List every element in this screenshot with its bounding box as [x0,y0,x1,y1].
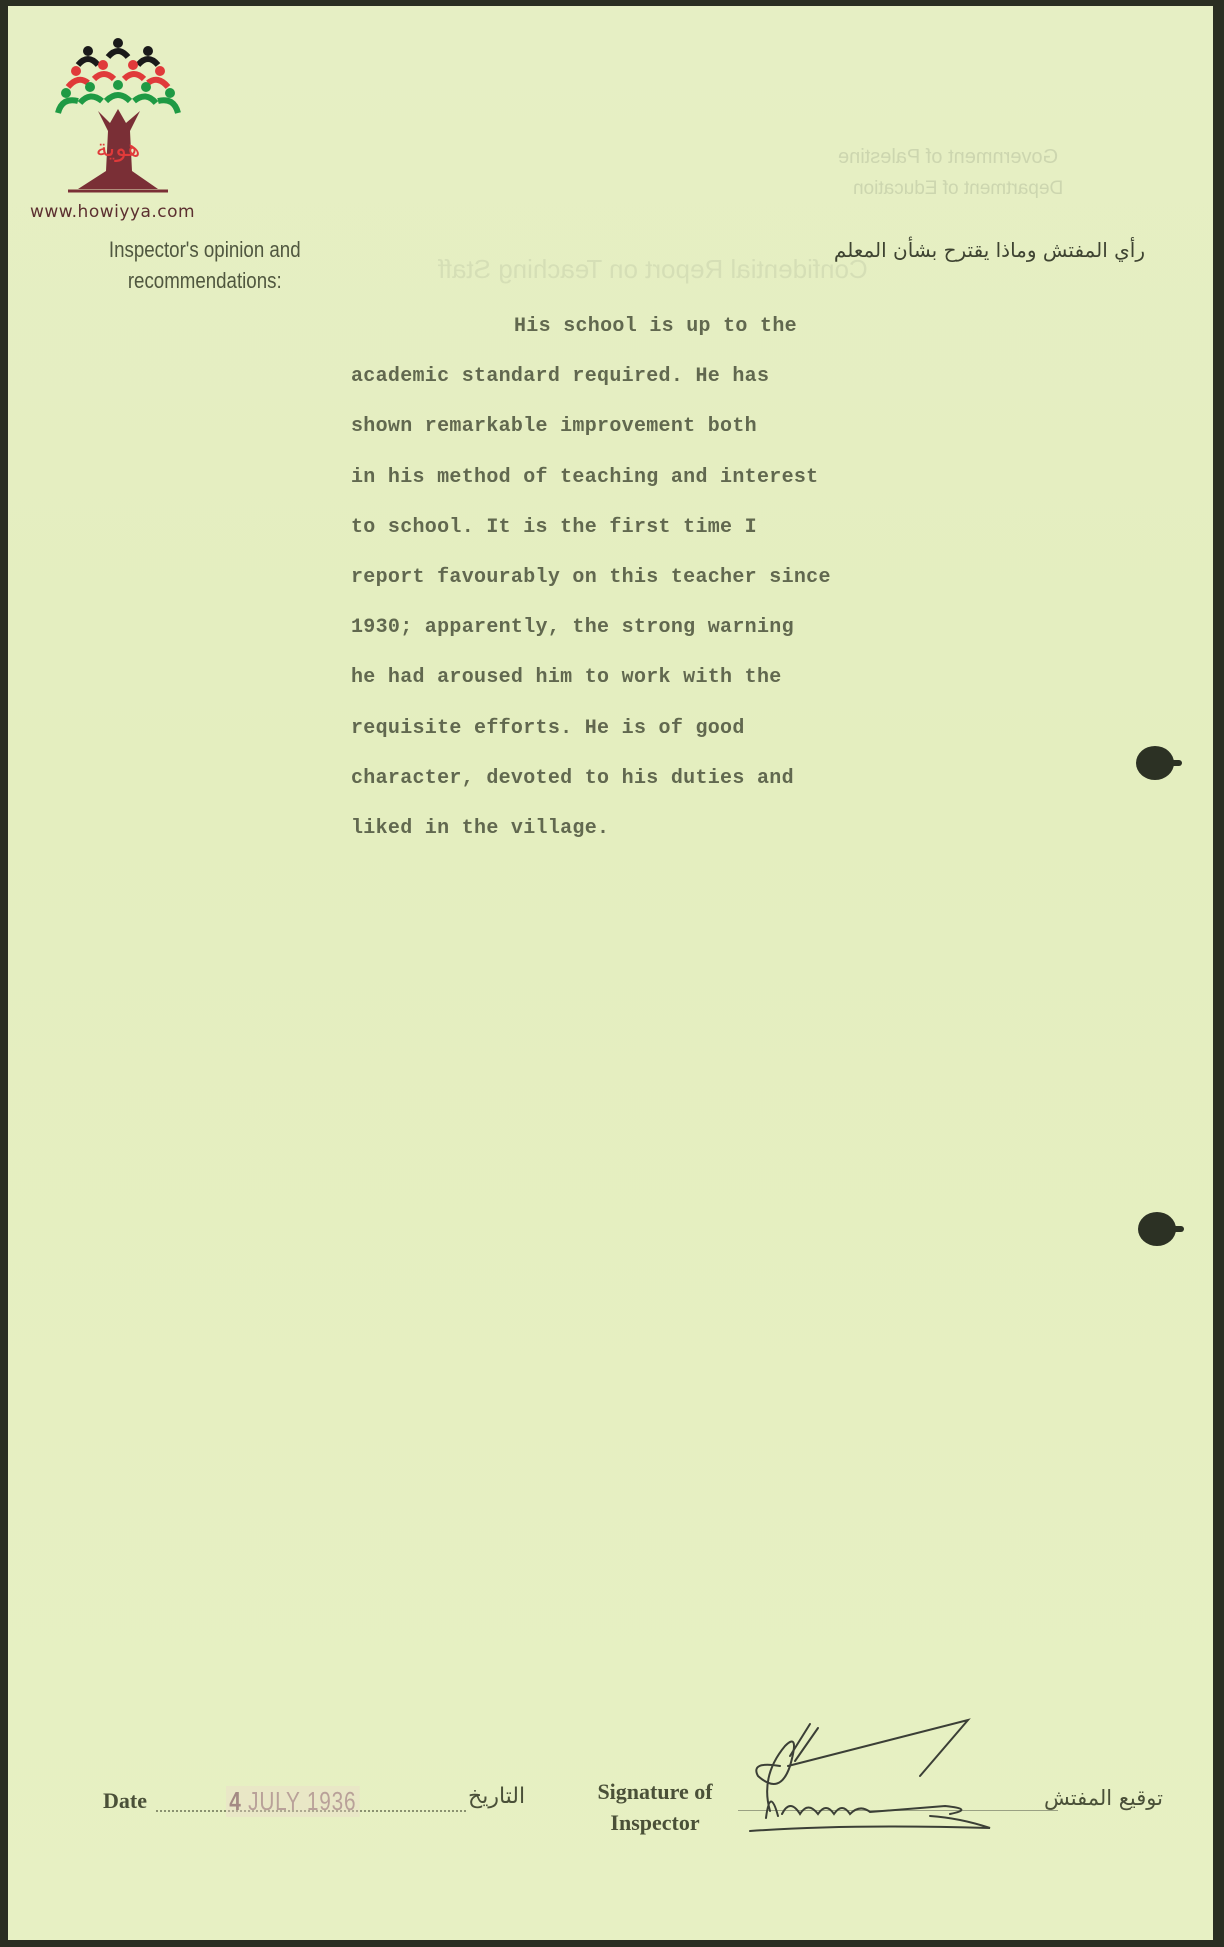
opinion-line: 1930; apparently, the strong warning [351,603,831,653]
site-url: www.howiyya.com [30,202,195,222]
document-page: Government of Palestine Department of Ed… [8,6,1213,1940]
opinion-line: he had aroused him to work with the [351,653,831,703]
opinion-line: His school is up to the [351,302,831,352]
date-label: Date [103,1788,147,1814]
date-stamp-month-year: JULY 1936 [248,1786,356,1816]
opinion-line: character, devoted to his duties and [351,754,831,804]
signature-label: Signature of Inspector [580,1776,730,1838]
inspector-opinion-text: His school is up to the academic standar… [351,302,831,854]
punch-hole-lower [1138,1212,1176,1246]
section-label-en: Inspector's opinion and recommendations: [90,234,320,296]
opinion-line: liked in the village. [351,804,831,854]
date-stamp: 4 JULY 1936 [226,1786,360,1817]
opinion-line: in his method of teaching and interest [351,453,831,503]
opinion-line: report favourably on this teacher since [351,553,831,603]
opinion-line: shown remarkable improvement both [351,402,831,452]
opinion-line: to school. It is the first time I [351,503,831,553]
opinion-line: academic standard required. He has [351,352,831,402]
ghost-header-line1: Government of Palestine [838,146,1058,169]
ghost-header-line2: Department of Education [853,178,1063,200]
howiyya-logo-icon: هوية [48,31,188,196]
signature-label-ar: توقيع المفتش [1044,1786,1163,1810]
date-stamp-day: 4 [229,1786,241,1816]
section-label-ar: رأي المفتش وماذا يقترح بشأن المعلم [834,238,1145,262]
ghost-header-title: Confidential Report on Teaching Staff [438,254,868,285]
date-label-ar: التاريخ [468,1784,525,1809]
svg-text:هوية: هوية [96,134,141,162]
handwritten-signature-icon [730,1706,1050,1846]
opinion-line: requisite efforts. He is of good [351,704,831,754]
punch-hole-upper [1136,746,1174,780]
